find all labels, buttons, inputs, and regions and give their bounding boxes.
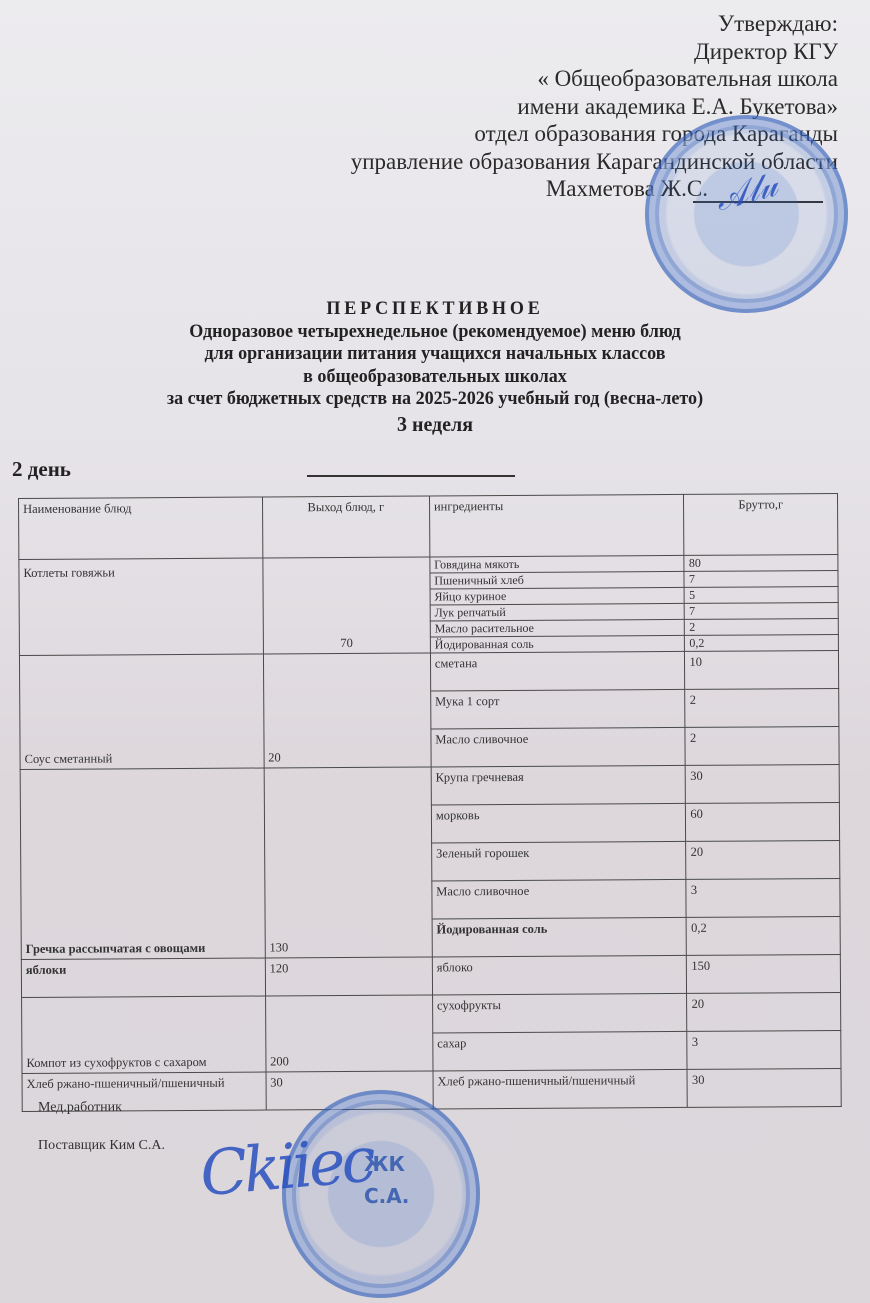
ingredient-gross: 3 — [687, 1030, 841, 1069]
ingredient-name: Лук репчатый — [430, 603, 685, 621]
table-row: яблоки 120 яблоко 150 — [21, 954, 840, 997]
ingredient-gross: 0,2 — [687, 916, 841, 955]
ingredient-gross: 60 — [686, 802, 840, 841]
ingredient-gross: 2 — [685, 726, 839, 765]
supplier-signature-icon: Ckiiec — [197, 1123, 375, 1211]
supplier-label: Поставщик Ким С.А. — [38, 1138, 165, 1154]
ingredient-gross: 3 — [686, 878, 840, 917]
document-title: ПЕРСПЕКТИВНОЕ Одноразовое четырехнедельн… — [22, 298, 849, 435]
dish-name: Компот из сухофруктов с сахаром — [22, 996, 266, 1073]
ingredient-name: морковь — [431, 803, 686, 843]
ingredient-name: Йодированная соль — [432, 917, 687, 957]
ingredient-name: Говядина мякоть — [430, 555, 685, 573]
dish-name: Котлеты говяжьи — [19, 558, 263, 655]
ingredient-name: Хлеб ржано-пшеничный/пшеничный — [433, 1069, 688, 1109]
approval-line: Утверждаю: — [351, 10, 838, 38]
dish-yield: 130 — [264, 767, 432, 958]
ingredient-name: Яйцо куриное — [430, 587, 685, 605]
table-row: Гречка рассыпчатая с овощами 130 Крупа г… — [20, 764, 839, 807]
approval-line: « Общеобразовательная школа — [351, 65, 838, 93]
ingredient-gross: 30 — [687, 1068, 841, 1107]
official-stamp-icon — [645, 115, 848, 313]
table-header-row: Наименование блюд Выход блюд, г ингредие… — [19, 493, 838, 559]
ingredient-gross: 30 — [686, 764, 840, 803]
dish-name: Гречка рассыпчатая с овощами — [20, 768, 265, 959]
title-line: Одноразовое четырехнедельное (рекомендуе… — [22, 321, 849, 344]
header-dish-name: Наименование блюд — [19, 497, 263, 559]
dish-yield: 20 — [263, 653, 431, 768]
medic-label: Мед.работник — [38, 1100, 122, 1116]
ingredient-gross: 2 — [685, 688, 839, 727]
ingredient-gross: 20 — [687, 992, 841, 1031]
ingredient-name: Масло сливочное — [431, 727, 686, 767]
ingredient-name: яблоко — [432, 955, 687, 995]
day-label: 2 день — [12, 457, 71, 482]
ingredient-gross: 7 — [685, 602, 839, 619]
ingredient-name: Пшеничный хлеб — [430, 571, 685, 589]
title-line: для организации питания учащихся начальн… — [22, 343, 849, 366]
ingredient-gross: 20 — [686, 840, 840, 879]
table-row: Соус сметанный 20 сметана 10 — [19, 650, 838, 693]
ingredient-gross: 7 — [684, 570, 838, 587]
week-label: 3 неделя — [22, 413, 849, 436]
day-blank-line — [307, 475, 515, 477]
ingredient-gross: 150 — [687, 954, 841, 993]
table-row: Компот из сухофруктов с сахаром 200 сухо… — [22, 992, 841, 1035]
ingredient-name: Йодированная соль — [430, 635, 685, 653]
header-gross: Брутто,г — [684, 493, 838, 555]
approval-line: Директор КГУ — [351, 38, 838, 66]
ingredient-name: Масло раситeльное — [430, 619, 685, 637]
title-line: в общеобразовательных школах — [22, 366, 849, 389]
title-line: за счет бюджетных средств на 2025-2026 у… — [22, 388, 849, 411]
ingredient-name: сахар — [433, 1031, 688, 1071]
ingredient-name: Зеленый горошек — [431, 841, 686, 881]
ingredient-gross: 0,2 — [685, 634, 839, 651]
dish-name: яблоки — [21, 958, 265, 997]
ingredient-name: Мука 1 сорт — [431, 689, 686, 729]
ingredient-name: сухофрукты — [432, 993, 687, 1033]
ingredient-gross: 80 — [684, 554, 838, 571]
dish-yield: 200 — [265, 995, 433, 1072]
ingredient-gross: 10 — [685, 650, 839, 689]
header-yield: Выход блюд, г — [262, 496, 430, 558]
dish-yield: 70 — [263, 557, 431, 654]
ingredient-name: Крупа гречневая — [431, 765, 686, 805]
title-heading: ПЕРСПЕКТИВНОЕ — [22, 298, 849, 321]
ingredient-gross: 2 — [685, 618, 839, 635]
ingredient-name: Масло сливочное — [432, 879, 687, 919]
header-ingredients: ингредиенты — [429, 494, 684, 557]
ingredient-name: сметана — [430, 651, 685, 691]
dish-yield: 120 — [265, 957, 432, 996]
ingredient-gross: 5 — [685, 586, 839, 603]
dish-name: Соус сметанный — [19, 654, 263, 769]
menu-table: Наименование блюд Выход блюд, г ингредие… — [18, 493, 842, 1112]
